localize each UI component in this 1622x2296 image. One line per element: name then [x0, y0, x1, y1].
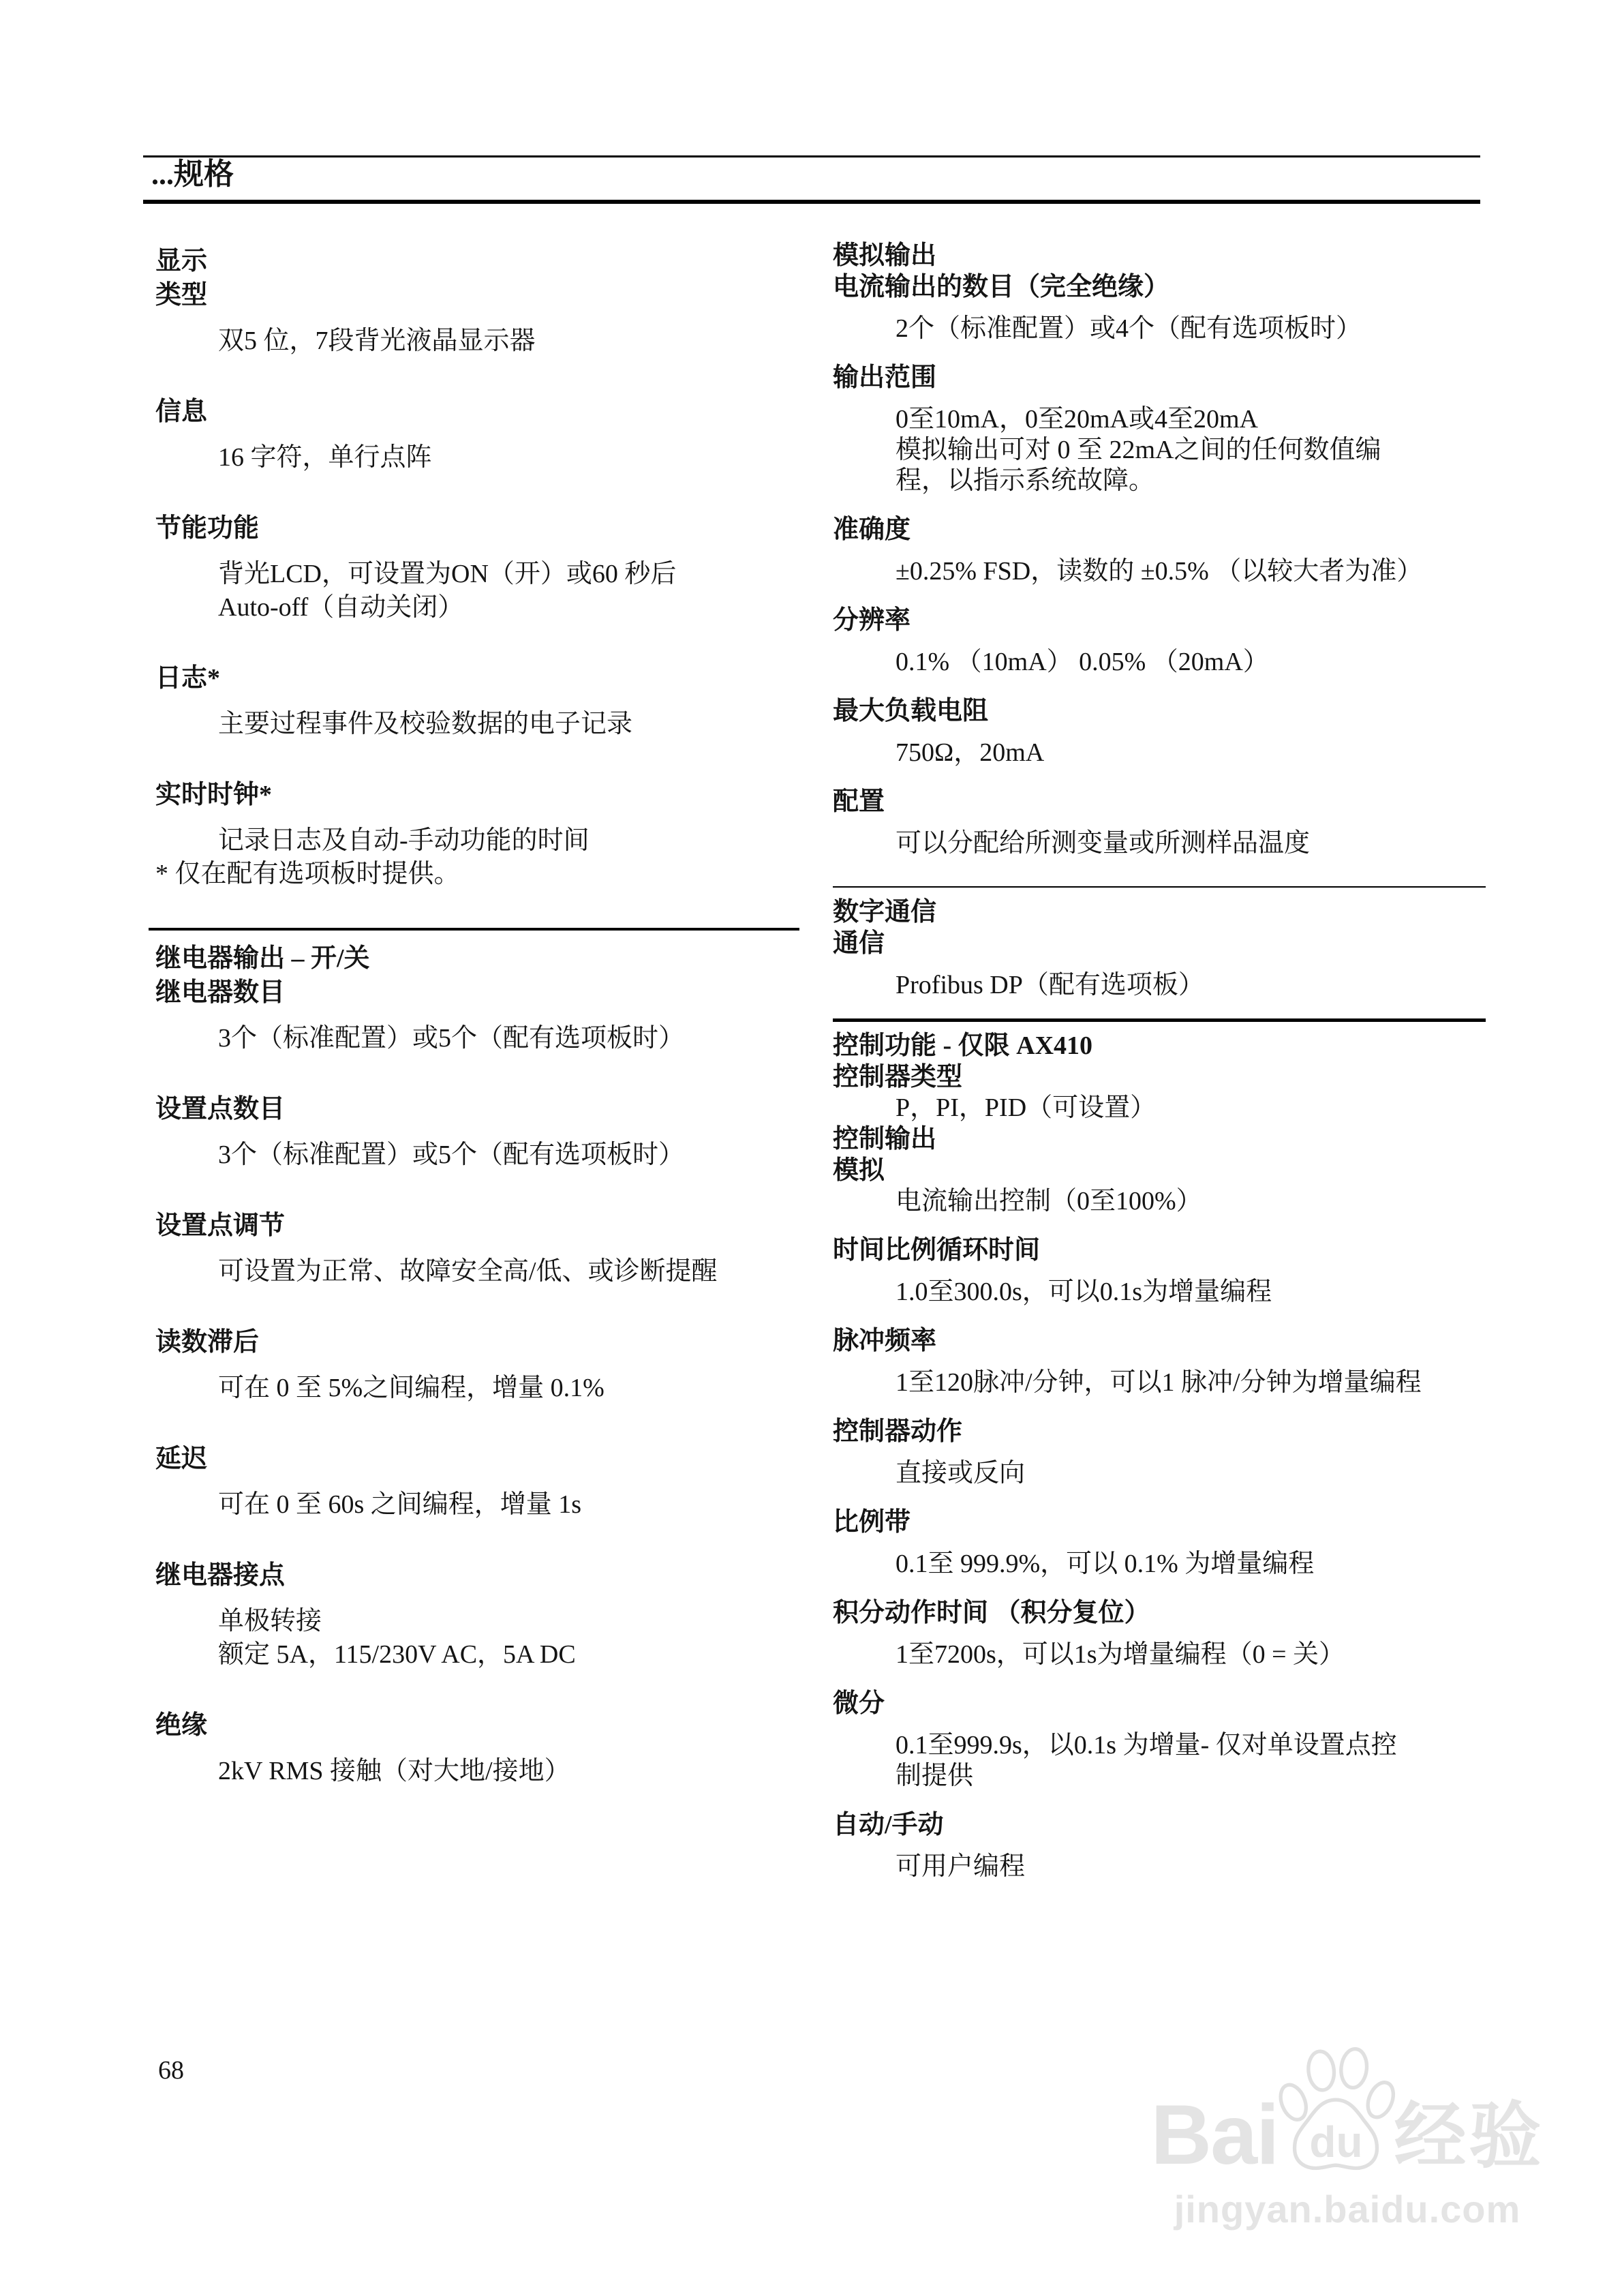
watermark: Bai du 经验 jingyan.baidu.com	[1146, 2044, 1548, 2231]
spec-value: Auto-off（自动关闭）	[218, 591, 803, 624]
spec-heading: 微分	[833, 1688, 1493, 1719]
spec-heading: 数字通信	[833, 896, 1493, 928]
left-column: 显示 类型 双5 位，7段背光液晶显示器 信息 16 字符，单行点阵 节能功能 …	[155, 244, 803, 1825]
spec-heading: 显示	[155, 244, 803, 278]
spec-section-setpoint-count: 设置点数目 3个（标准配置）或5个（配有选项板时）	[155, 1092, 803, 1172]
spec-section-hysteresis: 读数滞后 可在 0 至 5%之间编程，增量 0.1%	[155, 1325, 803, 1405]
watermark-url: jingyan.baidu.com	[1146, 2187, 1548, 2231]
spec-section-control-function: 控制功能 - 仅限 AX410 控制器类型 P，PI，PID（可设置）	[833, 1030, 1493, 1123]
spec-section-integral-action: 积分动作时间 （积分复位） 1至7200s，可以1s为增量编程（0 = 关）	[833, 1597, 1493, 1670]
spec-heading: 信息	[155, 395, 803, 429]
spec-value: 主要过程事件及校验数据的电子记录	[218, 708, 803, 741]
spec-heading: 继电器接点	[155, 1558, 803, 1592]
spec-heading: 分辨率	[833, 605, 1493, 636]
spec-heading: 控制器动作	[833, 1416, 1493, 1447]
spec-section-pulse-rate: 脉冲频率 1至120脉冲/分钟，可以1 脉冲/分钟为增量编程	[833, 1325, 1493, 1398]
spec-value: 记录日志及自动-手动功能的时间	[218, 824, 803, 858]
spec-heading: 读数滞后	[155, 1325, 803, 1359]
spec-value: 0至10mA，0至20mA或4至20mA	[896, 404, 1493, 435]
spec-heading: 控制器类型	[833, 1061, 1493, 1093]
spec-heading: 自动/手动	[833, 1809, 1493, 1841]
section-divider	[833, 1018, 1486, 1022]
spec-section-power-save: 节能功能 背光LCD，可设置为ON（开）或60 秒后 Auto-off（自动关闭…	[155, 511, 803, 624]
spec-heading: 输出范围	[833, 362, 1493, 393]
spec-section-display: 显示 类型 双5 位，7段背光液晶显示器	[155, 244, 803, 358]
spec-value: 1.0至300.0s，可以0.1s为增量编程	[896, 1277, 1493, 1308]
spec-heading: 积分动作时间 （积分复位）	[833, 1597, 1493, 1629]
baidu-paw-icon: du	[1275, 2046, 1396, 2177]
spec-heading: 继电器输出 – 开/关	[155, 941, 803, 976]
spec-section-digital-comm: 数字通信 通信 Profibus DP（配有选项板）	[833, 896, 1493, 1001]
spec-value: 背光LCD，可设置为ON（开）或60 秒后	[218, 558, 803, 591]
spec-value: 0.1% （10mA） 0.05% （20mA）	[896, 647, 1493, 678]
spec-section-delay: 延迟 可在 0 至 60s 之间编程，增量 1s	[155, 1442, 803, 1522]
spec-value: Profibus DP（配有选项板）	[896, 970, 1493, 1001]
spec-section-proportional-band: 比例带 0.1至 999.9%，可以 0.1% 为增量编程	[833, 1507, 1493, 1580]
watermark-logo: Bai du 经验	[1146, 2044, 1548, 2177]
spec-value: 电流输出控制（0至100%）	[896, 1186, 1493, 1217]
spec-section-info: 信息 16 字符，单行点阵	[155, 395, 803, 474]
spec-value: 可以分配给所测变量或所测样品温度	[896, 828, 1493, 859]
spec-section-derivative: 微分 0.1至999.9s，以0.1s 为增量- 仅对单设置点控 制提供	[833, 1688, 1493, 1792]
spec-value: ±0.25% FSD，读数的 ±0.5% （以较大者为准）	[896, 556, 1493, 587]
section-divider	[833, 886, 1486, 888]
spec-value: 程，以指示系统故障。	[896, 466, 1493, 496]
spec-section-relay-contact: 继电器接点 单极转接 额定 5A，115/230V AC，5A DC	[155, 1558, 803, 1672]
spec-heading: 配置	[833, 786, 1493, 817]
spec-value: 750Ω，20mA	[896, 738, 1493, 768]
spec-heading: 脉冲频率	[833, 1325, 1493, 1357]
document-page: ...规格 显示 类型 双5 位，7段背光液晶显示器 信息 16 字符，单行点阵…	[0, 0, 1622, 2296]
spec-section-config: 配置 可以分配给所测变量或所测样品温度	[833, 786, 1493, 859]
spec-heading: 延迟	[155, 1442, 803, 1476]
spec-value: 0.1至999.9s，以0.1s 为增量- 仅对单设置点控	[896, 1730, 1493, 1761]
watermark-bai-text: Bai	[1151, 2093, 1279, 2177]
spec-section-analog-output: 模拟输出 电流输出的数目（完全绝缘） 2个（标准配置）或4个（配有选项板时）	[833, 240, 1493, 344]
spec-heading: 电流输出的数目（完全绝缘）	[833, 271, 1493, 303]
spec-value: 2kV RMS 接触（对大地/接地）	[218, 1755, 803, 1788]
spec-heading: 模拟输出	[833, 240, 1493, 271]
spec-value: 制提供	[896, 1761, 1493, 1792]
spec-value: 0.1至 999.9%，可以 0.1% 为增量编程	[896, 1549, 1493, 1580]
spec-heading: 绝缘	[155, 1708, 803, 1742]
header-rule-top	[143, 155, 1480, 157]
spec-section-controller-action: 控制器动作 直接或反向	[833, 1416, 1493, 1489]
spec-heading: 设置点数目	[155, 1092, 803, 1126]
spec-value: 1至120脉冲/分钟，可以1 脉冲/分钟为增量编程	[896, 1368, 1493, 1398]
spec-value: 额定 5A，115/230V AC，5A DC	[218, 1638, 803, 1672]
watermark-du-text: du	[1309, 2120, 1362, 2164]
page-number: 68	[158, 2055, 184, 2086]
watermark-jingyan-text: 经验	[1394, 2099, 1544, 2177]
spec-heading: 设置点调节	[155, 1209, 803, 1243]
spec-section-insulation: 绝缘 2kV RMS 接触（对大地/接地）	[155, 1708, 803, 1788]
spec-value: 可用户编程	[896, 1852, 1493, 1882]
spec-value: 可在 0 至 60s 之间编程，增量 1s	[218, 1488, 803, 1522]
spec-section-output-range: 输出范围 0至10mA，0至20mA或4至20mA 模拟输出可对 0 至 22m…	[833, 362, 1493, 496]
spec-value: 单极转接	[218, 1605, 803, 1638]
spec-section-rtc: 实时时钟* 记录日志及自动-手动功能的时间 * 仅在配有选项板时提供。	[155, 778, 803, 891]
spec-value: 模拟输出可对 0 至 22mA之间的任何数值编	[896, 435, 1493, 466]
right-column: 模拟输出 电流输出的数目（完全绝缘） 2个（标准配置）或4个（配有选项板时） 输…	[833, 240, 1493, 1900]
spec-section-max-load: 最大负载电阻 750Ω，20mA	[833, 695, 1493, 768]
spec-value: 直接或反向	[896, 1458, 1493, 1489]
spec-section-relay-output: 继电器输出 – 开/关 继电器数目 3个（标准配置）或5个（配有选项板时）	[155, 941, 803, 1055]
spec-section-auto-manual: 自动/手动 可用户编程	[833, 1809, 1493, 1882]
spec-heading: 日志*	[155, 661, 803, 695]
spec-value: 双5 位，7段背光液晶显示器	[218, 324, 803, 358]
spec-heading: 实时时钟*	[155, 778, 803, 812]
spec-value: 3个（标准配置）或5个（配有选项板时）	[218, 1138, 803, 1172]
spec-value: 2个（标准配置）或4个（配有选项板时）	[896, 314, 1493, 344]
spec-heading: 通信	[833, 928, 1493, 959]
spec-heading: 控制功能 - 仅限 AX410	[833, 1030, 1493, 1061]
spec-section-resolution: 分辨率 0.1% （10mA） 0.05% （20mA）	[833, 605, 1493, 678]
spec-heading: 最大负载电阻	[833, 695, 1493, 727]
spec-value: 可在 0 至 5%之间编程，增量 0.1%	[218, 1372, 803, 1405]
spec-section-log: 日志* 主要过程事件及校验数据的电子记录	[155, 661, 803, 741]
spec-heading: 模拟	[833, 1155, 1493, 1186]
spec-heading: 控制输出	[833, 1123, 1493, 1155]
spec-section-setpoint-adjust: 设置点调节 可设置为正常、故障安全高/低、或诊断提醒	[155, 1209, 803, 1288]
spec-heading: 继电器数目	[155, 976, 803, 1010]
footnote: * 仅在配有选项板时提供。	[155, 858, 803, 891]
spec-heading: 时间比例循环时间	[833, 1235, 1493, 1266]
spec-section-control-output: 控制输出 模拟 电流输出控制（0至100%）	[833, 1123, 1493, 1217]
header-rule-bottom	[143, 200, 1480, 204]
spec-section-cycle-time: 时间比例循环时间 1.0至300.0s，可以0.1s为增量编程	[833, 1235, 1493, 1308]
spec-heading: 节能功能	[155, 511, 803, 545]
spec-section-accuracy: 准确度 ±0.25% FSD，读数的 ±0.5% （以较大者为准）	[833, 514, 1493, 587]
spec-heading: 比例带	[833, 1507, 1493, 1538]
spec-value: 可设置为正常、故障安全高/低、或诊断提醒	[218, 1255, 803, 1288]
spec-value: 16 字符，单行点阵	[218, 441, 803, 474]
spec-value: 3个（标准配置）或5个（配有选项板时）	[218, 1022, 803, 1055]
section-divider	[149, 928, 799, 931]
spec-value: 1至7200s，可以1s为增量编程（0 = 关）	[896, 1640, 1493, 1670]
page-title: ...规格	[151, 157, 234, 192]
spec-heading: 准确度	[833, 514, 1493, 545]
spec-value: P，PI，PID（可设置）	[896, 1093, 1493, 1123]
spec-heading: 类型	[155, 278, 803, 312]
